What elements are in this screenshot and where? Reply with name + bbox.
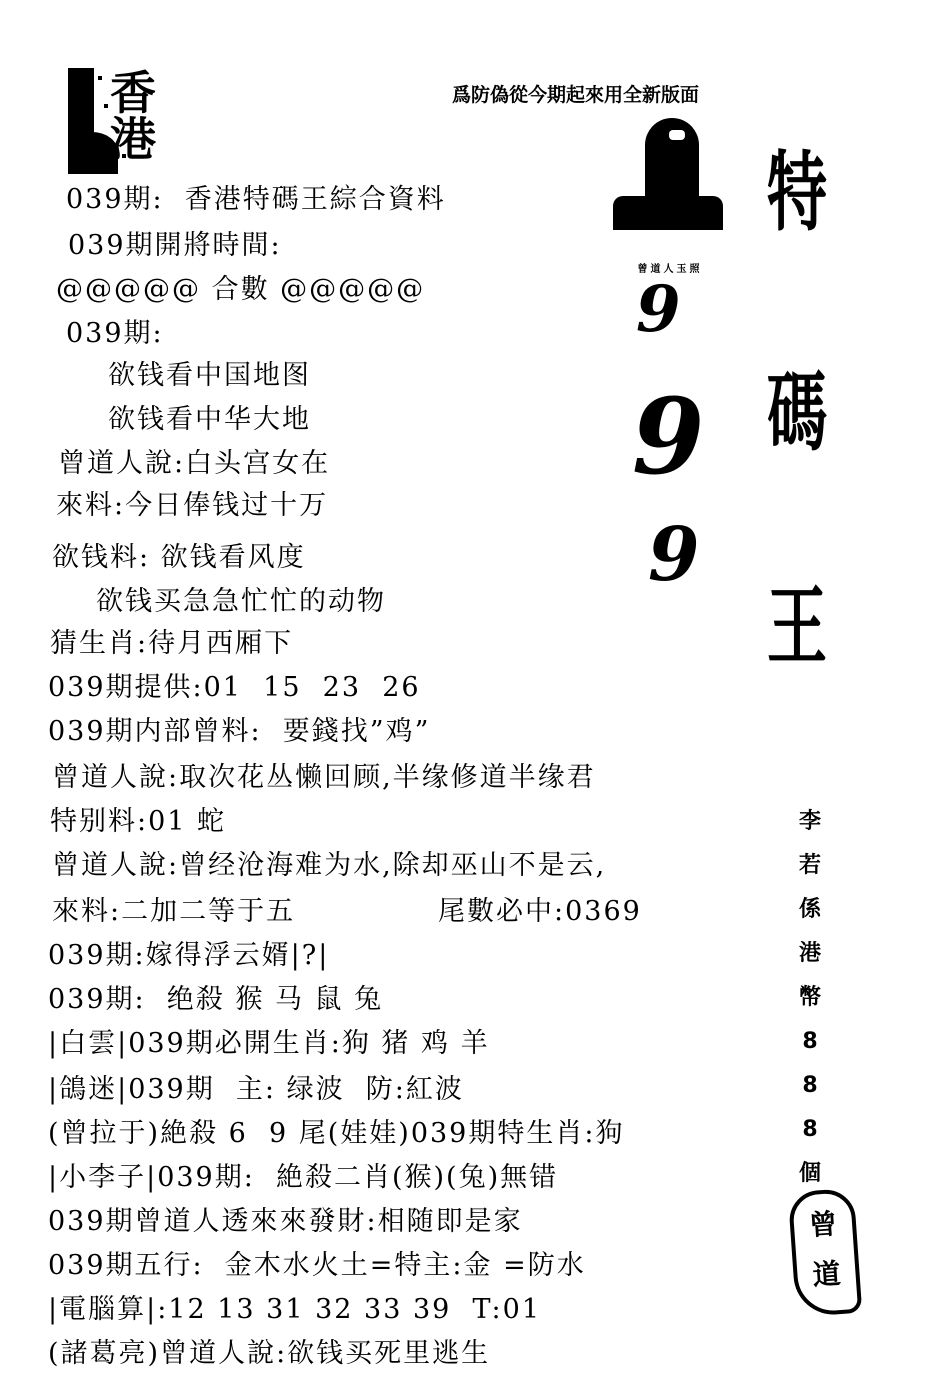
vertical-char: 8	[790, 1108, 830, 1152]
vertical-char: 幣	[790, 976, 830, 1020]
text-line: 039期:	[66, 320, 164, 347]
big-title-char-1: 特	[766, 150, 829, 330]
text-line: 曾道人說:取次花丛懒回顾,半缘修道半缘君	[52, 764, 596, 791]
text-line: 039期提供:01 15 23 26	[48, 674, 421, 701]
anti-fake-notice: 爲防偽從今期起來用全新版面	[452, 80, 699, 107]
text-line: 曾道人說:曾经沧海难为水,除却巫山不是云,	[52, 852, 606, 879]
text-line: 欲钱看中华大地	[108, 406, 311, 433]
big-number-3: 9	[648, 518, 700, 592]
big-title-char-3: 王	[766, 584, 829, 670]
portrait-shoulders	[613, 196, 723, 230]
stamp-char-1: 曾	[792, 1198, 853, 1252]
text-line: 猜生肖:待月西厢下	[50, 630, 293, 657]
logo: 香港	[64, 64, 184, 176]
text-line: |鴿迷|039期 主: 绿波 防:紅波	[48, 1076, 464, 1103]
big-title-char-2: 碼	[766, 370, 829, 560]
logo-title: 香港	[110, 70, 184, 162]
text-line: 039期:嫁得浮云婿|?|	[48, 942, 329, 969]
logo-speck	[98, 76, 102, 80]
text-line: |白雲|039期必開生肖:狗 猪 鸡 羊	[48, 1030, 490, 1057]
big-number-1: 9	[636, 278, 681, 342]
vertical-char: 8	[790, 1064, 830, 1108]
portrait-image: 曾道人玉照	[613, 118, 723, 268]
portrait-highlight	[669, 130, 685, 140]
big-title: 特 碼 王	[752, 150, 842, 670]
vertical-char: 港	[790, 932, 830, 976]
text-line: 欲钱料: 欲钱看风度	[52, 544, 306, 571]
text-line: 039期曾道人透來來發財:相随即是家	[48, 1208, 523, 1235]
stamp-char-2: 道	[796, 1248, 857, 1302]
vertical-char: 若	[790, 844, 830, 888]
text-line: (曾拉于)絶殺 6 9 尾(娃娃)039期特生肖:狗	[48, 1120, 624, 1147]
vertical-char: 8	[790, 1020, 830, 1064]
text-line: 欲钱看中国地图	[108, 362, 311, 389]
logo-speck	[104, 104, 108, 108]
text-line: 039期五行: 金木水火土=特主:金 =防水	[48, 1252, 586, 1279]
text-line: @@@@@ 合數 @@@@@	[56, 276, 425, 303]
text-line: 來料:二加二等于五	[52, 898, 295, 925]
big-number-2: 9	[632, 385, 704, 489]
text-line: 曾道人說:白头宫女在	[58, 450, 330, 477]
text-line: |小李子|039期: 絶殺二肖(猴)(兔)無错	[48, 1164, 558, 1191]
text-line: 來料:今日俸钱过十万	[56, 492, 328, 519]
vertical-slogan: 李 若 係 港 幣 8 8 8 個	[790, 800, 830, 1196]
text-line: 039期開將時間:	[68, 232, 282, 259]
text-line: |電腦算|:12 13 31 32 33 39 T:01	[48, 1296, 541, 1323]
text-line: 039期内部曾料: 要錢找”鸡”	[48, 718, 430, 745]
vertical-char: 係	[790, 888, 830, 932]
seal-stamp: 曾 道	[788, 1188, 863, 1317]
text-line: 039期: 香港特碼王綜合資料	[66, 186, 446, 213]
text-line: 特别料:01 蛇	[50, 808, 226, 835]
text-line: (諸葛亮)曾道人說:欲钱买死里逃生	[48, 1340, 490, 1367]
text-line: 欲钱买急急忙忙的动物	[96, 588, 386, 615]
text-line: 尾數必中:0369	[438, 898, 642, 925]
vertical-char: 李	[790, 800, 830, 844]
text-line: 039期: 绝殺 猴 马 鼠 兔	[48, 986, 383, 1013]
